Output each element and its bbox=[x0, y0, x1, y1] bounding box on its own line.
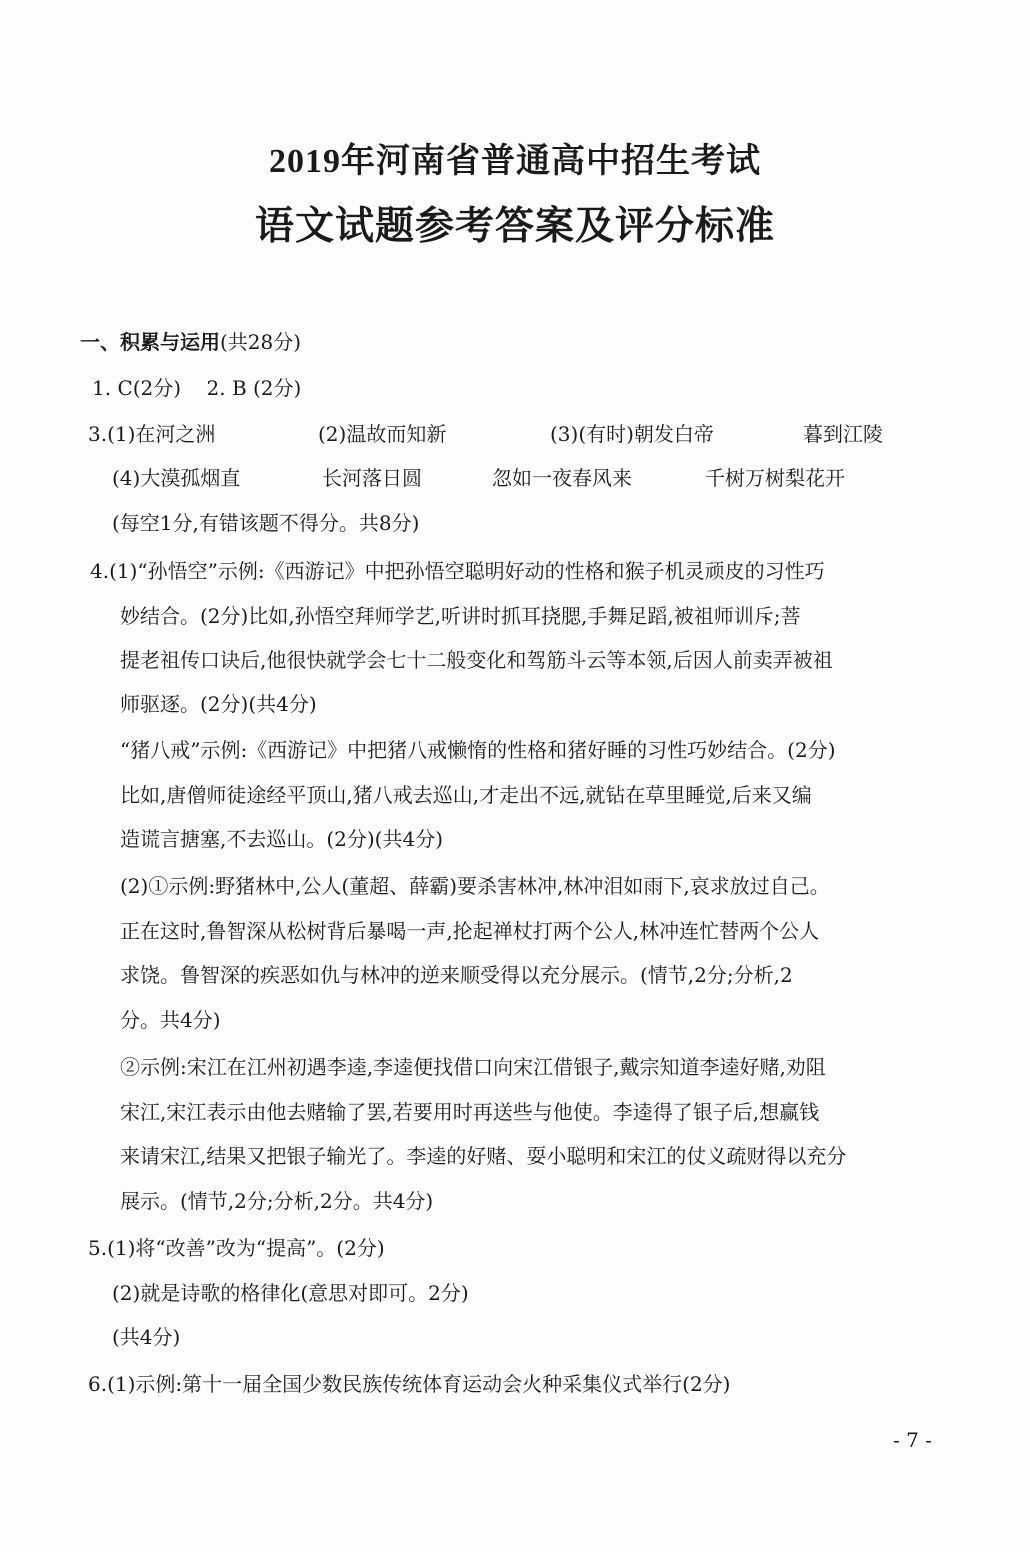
section-score: (共28分) bbox=[220, 330, 301, 354]
text-line: 妙结合。(2分)比如,孙悟空拜师学艺,听讲时抓耳挠腮,手舞足蹈,被祖师训斥;菩 bbox=[120, 601, 801, 631]
text-line: 求饶。鲁智深的疾恶如仇与林冲的逆来顺受得以充分展示。(情节,2分;分析,2 bbox=[120, 960, 793, 990]
text-line: “猪八戒”示例:《西游记》中把猪八戒懒惰的性格和猪好睡的习性巧妙结合。(2分) bbox=[120, 735, 836, 765]
q3-item: 长河落日圆 bbox=[322, 463, 422, 493]
text-line: (2)①示例:野猪林中,公人(董超、薛霸)要杀害林冲,林冲泪如雨下,哀求放过自己… bbox=[120, 871, 830, 901]
page-number: - 7 - bbox=[893, 1428, 932, 1452]
text-line: 比如,唐僧师徒途经平顶山,猪八戒去巡山,才走出不远,就钻在草里睡觉,后来又编 bbox=[120, 780, 812, 810]
text-line: ②示例:宋江在江州初遇李逵,李逵便找借口向宋江借银子,戴宗知道李逵好赌,劝阻 bbox=[120, 1052, 826, 1082]
q3-item: 暮到江陵 bbox=[803, 419, 883, 449]
text-line: 造谎言搪塞,不去巡山。(2分)(共4分) bbox=[120, 824, 443, 854]
q3-item: (4)大漠孤烟直 bbox=[112, 463, 240, 493]
q3-note: (每空1分,有错该题不得分。共8分) bbox=[112, 508, 419, 538]
text-line: (共4分) bbox=[112, 1322, 180, 1352]
text-line: 分。共4分) bbox=[120, 1005, 221, 1035]
section-heading: 一、积累与运用(共28分) bbox=[80, 327, 301, 357]
text-line: (2)就是诗歌的格律化(意思对即可。2分) bbox=[112, 1278, 469, 1308]
q3-item: 3.(1)在河之洲 bbox=[88, 419, 215, 449]
document-title-line1: 2019年河南省普通高中招生考试 bbox=[0, 133, 1030, 182]
text-line: 4.(1)“孙悟空”示例:《西游记》中把孙悟空聪明好动的性格和猴子机灵顽皮的习性… bbox=[90, 556, 825, 586]
q3-item: (2)温故而知新 bbox=[318, 419, 446, 449]
text-line: 宋江,宋江表示由他去赌输了罢,若要用时再送些与他使。李逵得了银子后,想赢钱 bbox=[120, 1097, 819, 1127]
section-title: 一、积累与运用 bbox=[80, 330, 220, 354]
text-line: 5.(1)将“改善”改为“提高”。(2分) bbox=[88, 1233, 385, 1263]
text-line: 师驱逐。(2分)(共4分) bbox=[120, 689, 317, 719]
text-line: 6.(1)示例:第十一届全国少数民族传统体育运动会火种采集仪式举行(2分) bbox=[88, 1369, 730, 1399]
document-title-line2: 语文试题参考答案及评分标准 bbox=[0, 195, 1030, 251]
q3-item: (3)(有时)朝发白帝 bbox=[550, 419, 714, 449]
text-line: 展示。(情节,2分;分析,2分。共4分) bbox=[120, 1186, 433, 1216]
answers-q1-q2: 1. C(2分) 2. B (2分) bbox=[92, 373, 301, 403]
text-line: 正在这时,鲁智深从松树背后暴喝一声,抡起禅杖打两个公人,林冲连忙替两个公人 bbox=[120, 916, 819, 946]
text-line: 提老祖传口诀后,他很快就学会七十二般变化和驾筋斗云等本领,后因人前卖弄被祖 bbox=[120, 645, 833, 675]
text-line: 来请宋江,结果又把银子输光了。李逵的好赌、耍小聪明和宋江的仗义疏财得以充分 bbox=[120, 1141, 846, 1171]
q3-item: 忽如一夜春风来 bbox=[492, 463, 632, 493]
q3-item: 千树万树梨花开 bbox=[705, 463, 845, 493]
